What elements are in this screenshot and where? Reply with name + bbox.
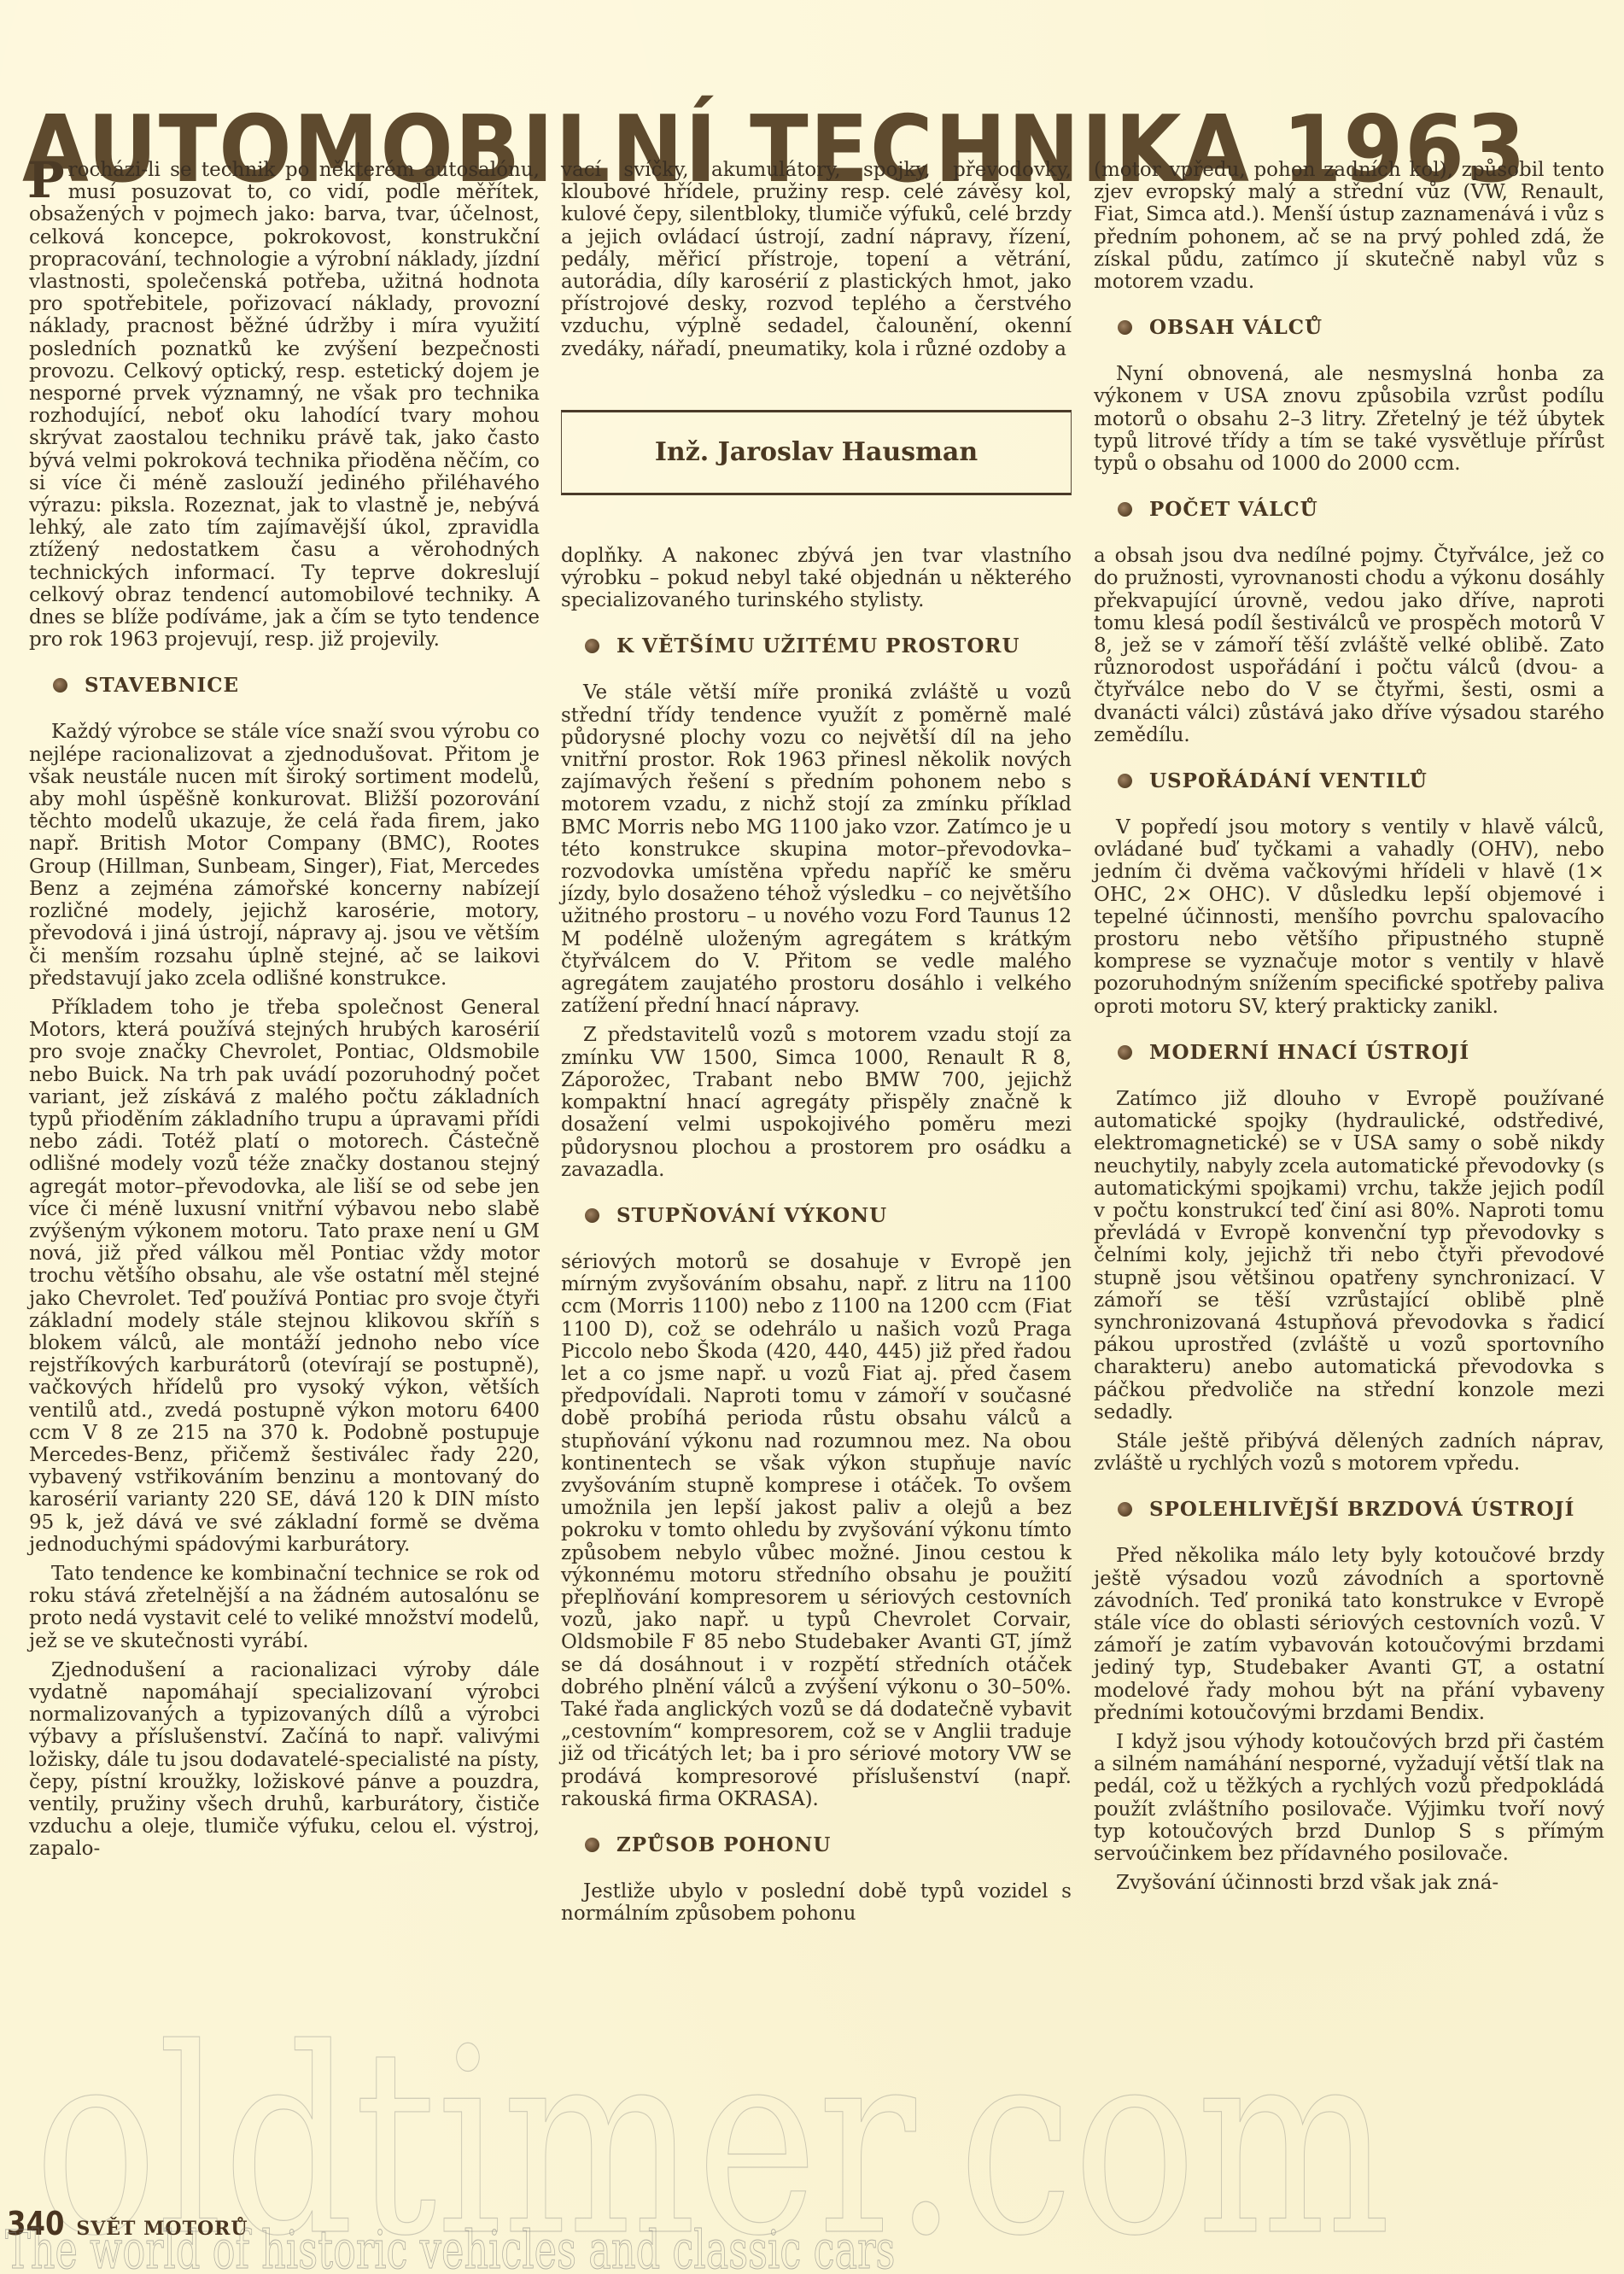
article-column-1: Procházi-li se technik po některém autos…	[29, 159, 540, 1868]
section-heading-text: K VĚTŠÍMU UŽITÉMU PROSTORU	[616, 634, 1020, 659]
section-heading-text: STAVEBNICE	[85, 673, 239, 699]
paragraph-continued: vací svíčky, akumulátory, spojky, převod…	[561, 159, 1072, 360]
section-heading-pocet-valcu: POČET VÁLCŮ	[1118, 497, 1604, 523]
paragraph-continued: (motor vpředu, pohon zadních kol), způso…	[1094, 159, 1604, 293]
paragraph: Ve stále větší míře proniká zvláště u vo…	[561, 681, 1072, 1017]
paragraph: Zjednodušení a racionalizaci výroby dále…	[29, 1659, 540, 1861]
paragraph: Před několika málo lety byly kotoučové b…	[1094, 1545, 1604, 1724]
section-heading-pohon: ZPŮSOB POHONU	[585, 1833, 1072, 1858]
bullet-icon	[1118, 502, 1132, 517]
bullet-icon	[1118, 1045, 1132, 1060]
paragraph: Z představitelů vozů s motorem vzadu sto…	[561, 1024, 1072, 1180]
section-heading-prostor: K VĚTŠÍMU UŽITÉMU PROSTORU	[585, 634, 1072, 659]
author-byline: Inž. Jaroslav Hausman	[655, 441, 978, 464]
section-heading-ventily: USPOŘÁDÁNÍ VENTILŮ	[1118, 769, 1604, 794]
article-column-2: vací svíčky, akumulátory, spojky, převod…	[561, 159, 1072, 1932]
drop-cap: P	[27, 161, 65, 200]
magazine-name: SVĚT MOTORŮ	[76, 2218, 248, 2240]
section-heading-text: ZPŮSOB POHONU	[616, 1833, 831, 1858]
author-byline-box: Inž. Jaroslav Hausman	[561, 410, 1072, 495]
section-heading-text: SPOLEHLIVĚJŠÍ BRZDOVÁ ÚSTROJÍ	[1149, 1497, 1574, 1523]
section-heading-text: USPOŘÁDÁNÍ VENTILŮ	[1149, 769, 1428, 794]
section-heading-hnaci-ustroji: MODERNÍ HNACÍ ÚSTROJÍ	[1118, 1040, 1604, 1066]
paragraph: Tato tendence ke kombinační technice se …	[29, 1563, 540, 1652]
paragraph: Zatímco již dlouho v Evropě používané au…	[1094, 1088, 1604, 1423]
section-heading-text: OBSAH VÁLCŮ	[1149, 315, 1323, 341]
bullet-icon	[1118, 320, 1132, 335]
section-heading-text: STUPŇOVÁNÍ VÝKONU	[616, 1203, 887, 1229]
article-column-3: (motor vpředu, pohon zadních kol), způso…	[1094, 159, 1604, 1901]
section-heading-stavebnice: STAVEBNICE	[53, 673, 540, 699]
section-heading-brzdy: SPOLEHLIVĚJŠÍ BRZDOVÁ ÚSTROJÍ	[1118, 1497, 1604, 1523]
bullet-icon	[53, 678, 67, 693]
section-heading-obsah-valcu: OBSAH VÁLCŮ	[1118, 315, 1604, 341]
paragraph: I když jsou výhody kotoučových brzd při …	[1094, 1731, 1604, 1865]
section-heading-text: POČET VÁLCŮ	[1149, 497, 1318, 523]
section-heading-vykon: STUPŇOVÁNÍ VÝKONU	[585, 1203, 1072, 1229]
bullet-icon	[585, 1208, 599, 1223]
paragraph: Příkladem toho je třeba společnost Gener…	[29, 997, 540, 1556]
paragraph: Jestliže ubylo v poslední době typů vozi…	[561, 1880, 1072, 1925]
intro-text: rocházi-li se technik po některém autosa…	[29, 159, 540, 651]
paragraph-continued: sériových motorů se dosahuje v Evropě je…	[561, 1251, 1072, 1810]
paragraph: Zvyšování účinnosti brzd však jak zná-	[1094, 1872, 1604, 1894]
paragraph-continued: a obsah jsou dva nedílné pojmy. Čtyřválc…	[1094, 545, 1604, 746]
page-number: 340	[7, 2205, 64, 2242]
paragraph: Každý výrobce se stále více snaží svou v…	[29, 721, 540, 989]
bullet-icon	[1118, 1502, 1132, 1517]
bullet-icon	[585, 639, 599, 653]
intro-paragraph: Procházi-li se technik po některém autos…	[29, 159, 540, 651]
paragraph: Nyní obnovená, ale nesmyslná honba za vý…	[1094, 363, 1604, 475]
bullet-icon	[1118, 774, 1132, 788]
section-heading-text: MODERNÍ HNACÍ ÚSTROJÍ	[1149, 1040, 1469, 1066]
paragraph-continued: doplňky. A nakonec zbývá jen tvar vlastn…	[561, 545, 1072, 612]
bullet-icon	[585, 1838, 599, 1852]
paragraph: Stále ještě přibývá dělených zadních náp…	[1094, 1430, 1604, 1475]
paragraph: V popředí jsou motory s ventily v hlavě …	[1094, 816, 1604, 1018]
page-footer: 340 SVĚT MOTORŮ	[7, 2205, 248, 2242]
